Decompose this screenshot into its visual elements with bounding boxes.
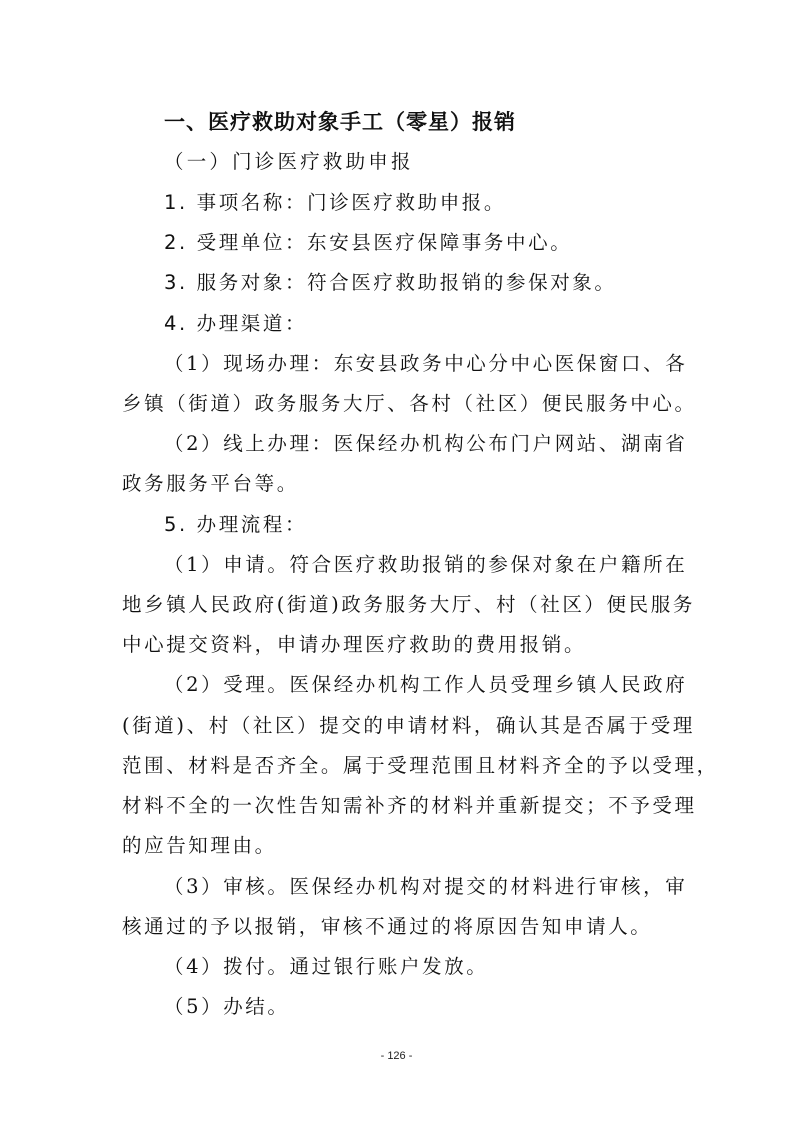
process-2-line-1: （2）受理。医保经办机构工作人员受理乡镇人民政府 — [164, 673, 678, 697]
item-channels: 4. 办理渠道： — [164, 312, 720, 336]
section-heading: 一、医疗救助对象手工（零星）报销 — [164, 110, 720, 134]
process-3-line-1: （3）审核。医保经办机构对提交的材料进行审核，审 — [164, 875, 678, 899]
process-5-line-1: （5）办结。 — [164, 995, 720, 1019]
item-label: 3. 服务对象： — [164, 271, 307, 294]
item-text: 东安县医疗保障事务中心。 — [307, 231, 572, 254]
item-name: 1. 事项名称：门诊医疗救助申报。 — [164, 191, 720, 215]
process-2-line-5: 的应告知理由。 — [122, 834, 678, 858]
process-2-line-4: 材料不全的一次性告知需补齐的材料并重新提交；不予受理 — [122, 794, 678, 818]
item-text: 门诊医疗救助申报。 — [307, 191, 506, 214]
process-1-line-2: 地乡镇人民政府(街道)政务服务大厅、村（社区）便民服务 — [122, 593, 678, 617]
channel-1-line-2: 乡镇（街道）政务服务大厅、各村（社区）便民服务中心。 — [122, 392, 678, 416]
item-label: 1. 事项名称： — [164, 191, 307, 214]
process-4-line-1: （4）拨付。通过银行账户发放。 — [164, 955, 720, 979]
process-label: 5. 办理流程： — [164, 513, 720, 537]
subsection-heading: （一）门诊医疗救助申报 — [164, 150, 720, 174]
page-number: - 126 - — [0, 1050, 793, 1062]
channel-1-line-1: （1）现场办理：东安县政务中心分中心医保窗口、各 — [164, 352, 678, 376]
item-unit: 2. 受理单位：东安县医疗保障事务中心。 — [164, 231, 720, 255]
process-3-line-2: 核通过的予以报销，审核不通过的将原因告知申请人。 — [122, 915, 678, 939]
item-label: 4. 办理渠道： — [164, 312, 307, 335]
process-1-line-1: （1）申请。符合医疗救助报销的参保对象在户籍所在 — [164, 553, 678, 577]
process-1-line-3: 中心提交资料，申请办理医疗救助的费用报销。 — [122, 633, 678, 657]
document-page: 一、医疗救助对象手工（零星）报销 （一）门诊医疗救助申报 1. 事项名称：门诊医… — [0, 0, 793, 1122]
item-text: 符合医疗救助报销的参保对象。 — [307, 271, 616, 294]
item-target: 3. 服务对象：符合医疗救助报销的参保对象。 — [164, 271, 720, 295]
process-2-line-3: 范围、材料是否齐全。属于受理范围且材料齐全的予以受理， — [122, 754, 678, 778]
process-2-line-2: (街道)、村（社区）提交的申请材料，确认其是否属于受理 — [122, 714, 678, 738]
channel-2-line-1: （2）线上办理：医保经办机构公布门户网站、湖南省 — [164, 432, 678, 456]
item-label: 2. 受理单位： — [164, 231, 307, 254]
channel-2-line-2: 政务服务平台等。 — [122, 472, 678, 496]
